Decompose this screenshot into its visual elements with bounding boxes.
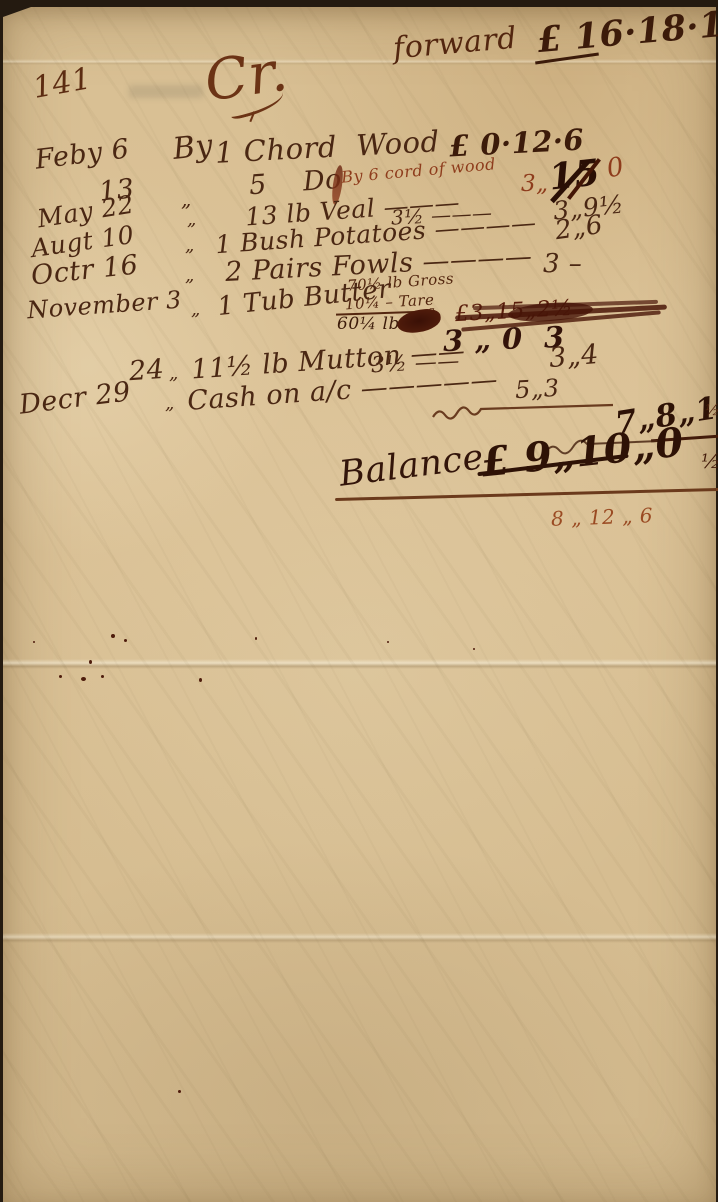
subtotal-fraction: ½ (705, 403, 718, 418)
ditto-mark: „ (181, 189, 192, 209)
ink-speck (124, 639, 127, 642)
ditto-mark: „ (191, 301, 201, 319)
ink-speck (89, 660, 92, 664)
entry-date: November 3 (26, 288, 182, 323)
entry-description: 5 Do (248, 166, 343, 199)
butter-gross-weight: 70½ lb Gross (347, 271, 455, 293)
ink-speck (59, 675, 62, 678)
balance-underline (335, 488, 718, 501)
entry-date: Decr 29 (18, 378, 133, 418)
ink-speck (33, 641, 35, 643)
ink-speck (473, 648, 475, 650)
ledger-page: 141 Cr. forward £ 16·18·1 Feby 6 By 1 Ch… (3, 7, 716, 1202)
entry-amount: 5„3 (514, 376, 560, 402)
page-number: 141 (31, 64, 94, 104)
forward-amount: £ 16·18·1 (536, 7, 718, 58)
torn-edge (3, 7, 31, 17)
graphite-smudge (129, 85, 203, 98)
ditto-mark: „ (185, 267, 195, 285)
ditto-mark: „ (185, 237, 195, 255)
butter-net-rate: s (428, 305, 435, 318)
ink-speck (111, 634, 115, 638)
balance-fraction: ½ (701, 451, 718, 471)
entry-amount: 3„4 (548, 341, 600, 372)
entry-amount-suffix: 0 (605, 154, 626, 183)
fold-crease-top (3, 59, 716, 65)
ink-speck (81, 677, 86, 681)
ditto-mark: „ (169, 365, 179, 383)
ink-speck (101, 675, 104, 678)
butter-tare-weight: 10¼ – Tare (345, 293, 435, 313)
entry-amount-struck: 15 (547, 154, 602, 195)
entry-date: Feby 6 (34, 135, 131, 173)
photograph-background: 141 Cr. forward £ 16·18·1 Feby 6 By 1 Ch… (0, 0, 718, 1202)
ink-speck (387, 641, 389, 643)
forward-label: forward (392, 24, 518, 65)
credit-heading: Cr. (202, 44, 292, 111)
entry-by: By (172, 131, 215, 165)
final-figure: 8 „ 12 „ 6 (551, 505, 654, 529)
entry-amount-prefix: 3„ (521, 173, 549, 196)
ink-speck (199, 678, 202, 682)
ditto-mark: „ (187, 211, 197, 229)
ink-speck (178, 1090, 181, 1093)
balance-label: Balance (337, 440, 485, 492)
butter-net-weight: 60¼ lb – (337, 316, 415, 333)
fold-crease-middle (3, 659, 716, 669)
entry-amount: 3 – (543, 251, 582, 277)
ink-flourish (333, 403, 613, 423)
fold-crease-lower (3, 933, 716, 943)
ink-speck (255, 637, 257, 640)
entry-date: 24 (128, 356, 165, 385)
ditto-mark: „ (165, 395, 175, 413)
balance-amount: £ 9„10„0 (479, 422, 685, 483)
credit-heading-tick (249, 111, 264, 126)
entry-amount: 2„6 (553, 212, 604, 244)
